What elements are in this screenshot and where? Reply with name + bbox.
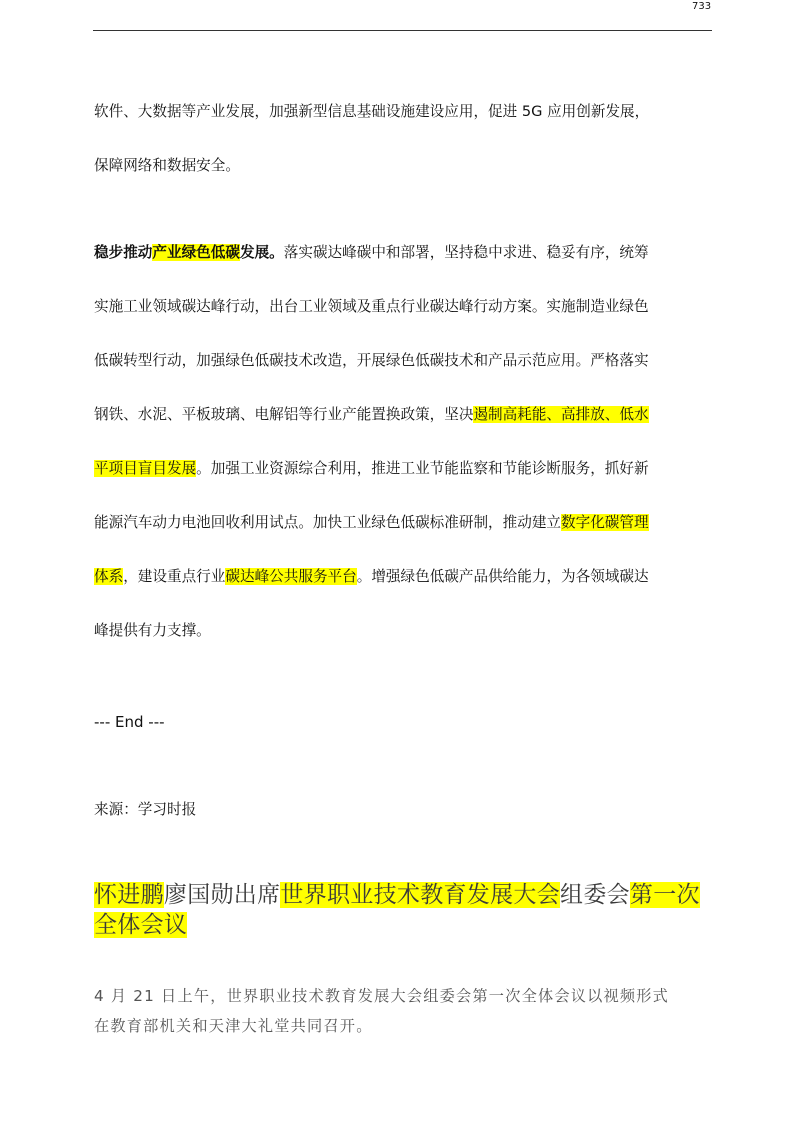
lead-line: 4 月 21 日上午，世界职业技术教育发展大会组委会第一次全体会议以视频形式 bbox=[94, 981, 714, 1011]
page-number: 733 bbox=[692, 1, 711, 12]
text-line: 保障网络和数据安全。 bbox=[94, 155, 240, 177]
highlighted-term: 遏制高耗能、高排放、低水 bbox=[473, 406, 648, 423]
text-line: 稳步推动产业绿色低碳发展。落实碳达峰碳中和部署，坚持稳中求进、稳妥有序，统筹 bbox=[94, 242, 649, 264]
source-line: 来源：学习时报 bbox=[94, 799, 196, 821]
header-rule bbox=[93, 30, 712, 31]
highlighted-term: 全体会议 bbox=[94, 912, 187, 938]
article-lead: 4 月 21 日上午，世界职业技术教育发展大会组委会第一次全体会议以视频形式 在… bbox=[94, 981, 714, 1041]
section-heading: 稳步推动产业绿色低碳发展。 bbox=[94, 244, 284, 261]
highlighted-term: 怀进鹏 bbox=[94, 882, 164, 908]
text-line: 体系，建设重点行业碳达峰公共服务平台。增强绿色低碳产品供给能力，为各领域碳达 bbox=[94, 566, 649, 588]
highlighted-term: 世界职业技术教育发展大会 bbox=[280, 882, 560, 908]
lead-line: 在教育部机关和天津大礼堂共同召开。 bbox=[94, 1011, 714, 1041]
text-line: 平项目盲目发展。加强工业资源综合利用，推进工业节能监察和节能诊断服务，抓好新 bbox=[94, 458, 649, 480]
text-line: 峰提供有力支撑。 bbox=[94, 620, 211, 642]
highlighted-term: 平项目盲目发展 bbox=[94, 460, 196, 477]
highlighted-term: 第一次 bbox=[630, 882, 700, 908]
article-title: 怀进鹏廖国勋出席世界职业技术教育发展大会组委会第一次 全体会议 bbox=[94, 880, 708, 940]
highlighted-term: 产业绿色低碳 bbox=[152, 244, 240, 261]
title-line: 怀进鹏廖国勋出席世界职业技术教育发展大会组委会第一次 bbox=[94, 880, 708, 910]
text-line: 实施工业领域碳达峰行动，出台工业领域及重点行业碳达峰行动方案。实施制造业绿色 bbox=[94, 296, 649, 318]
text-line: 能源汽车动力电池回收利用试点。加快工业绿色低碳标准研制，推动建立数字化碳管理 bbox=[94, 512, 649, 534]
text-line: 钢铁、水泥、平板玻璃、电解铝等行业产能置换政策，坚决遏制高耗能、高排放、低水 bbox=[94, 404, 649, 426]
end-marker: --- End --- bbox=[94, 711, 165, 733]
highlighted-term: 数字化碳管理 bbox=[561, 514, 649, 531]
highlighted-term: 碳达峰公共服务平台 bbox=[225, 568, 356, 585]
text-line: 低碳转型行动，加强绿色低碳技术改造，开展绿色低碳技术和产品示范应用。严格落实 bbox=[94, 350, 649, 372]
text-line: 软件、大数据等产业发展，加强新型信息基础设施建设应用，促进 5G 应用创新发展， bbox=[94, 101, 649, 123]
highlighted-term: 体系 bbox=[94, 568, 123, 585]
title-line: 全体会议 bbox=[94, 910, 708, 940]
